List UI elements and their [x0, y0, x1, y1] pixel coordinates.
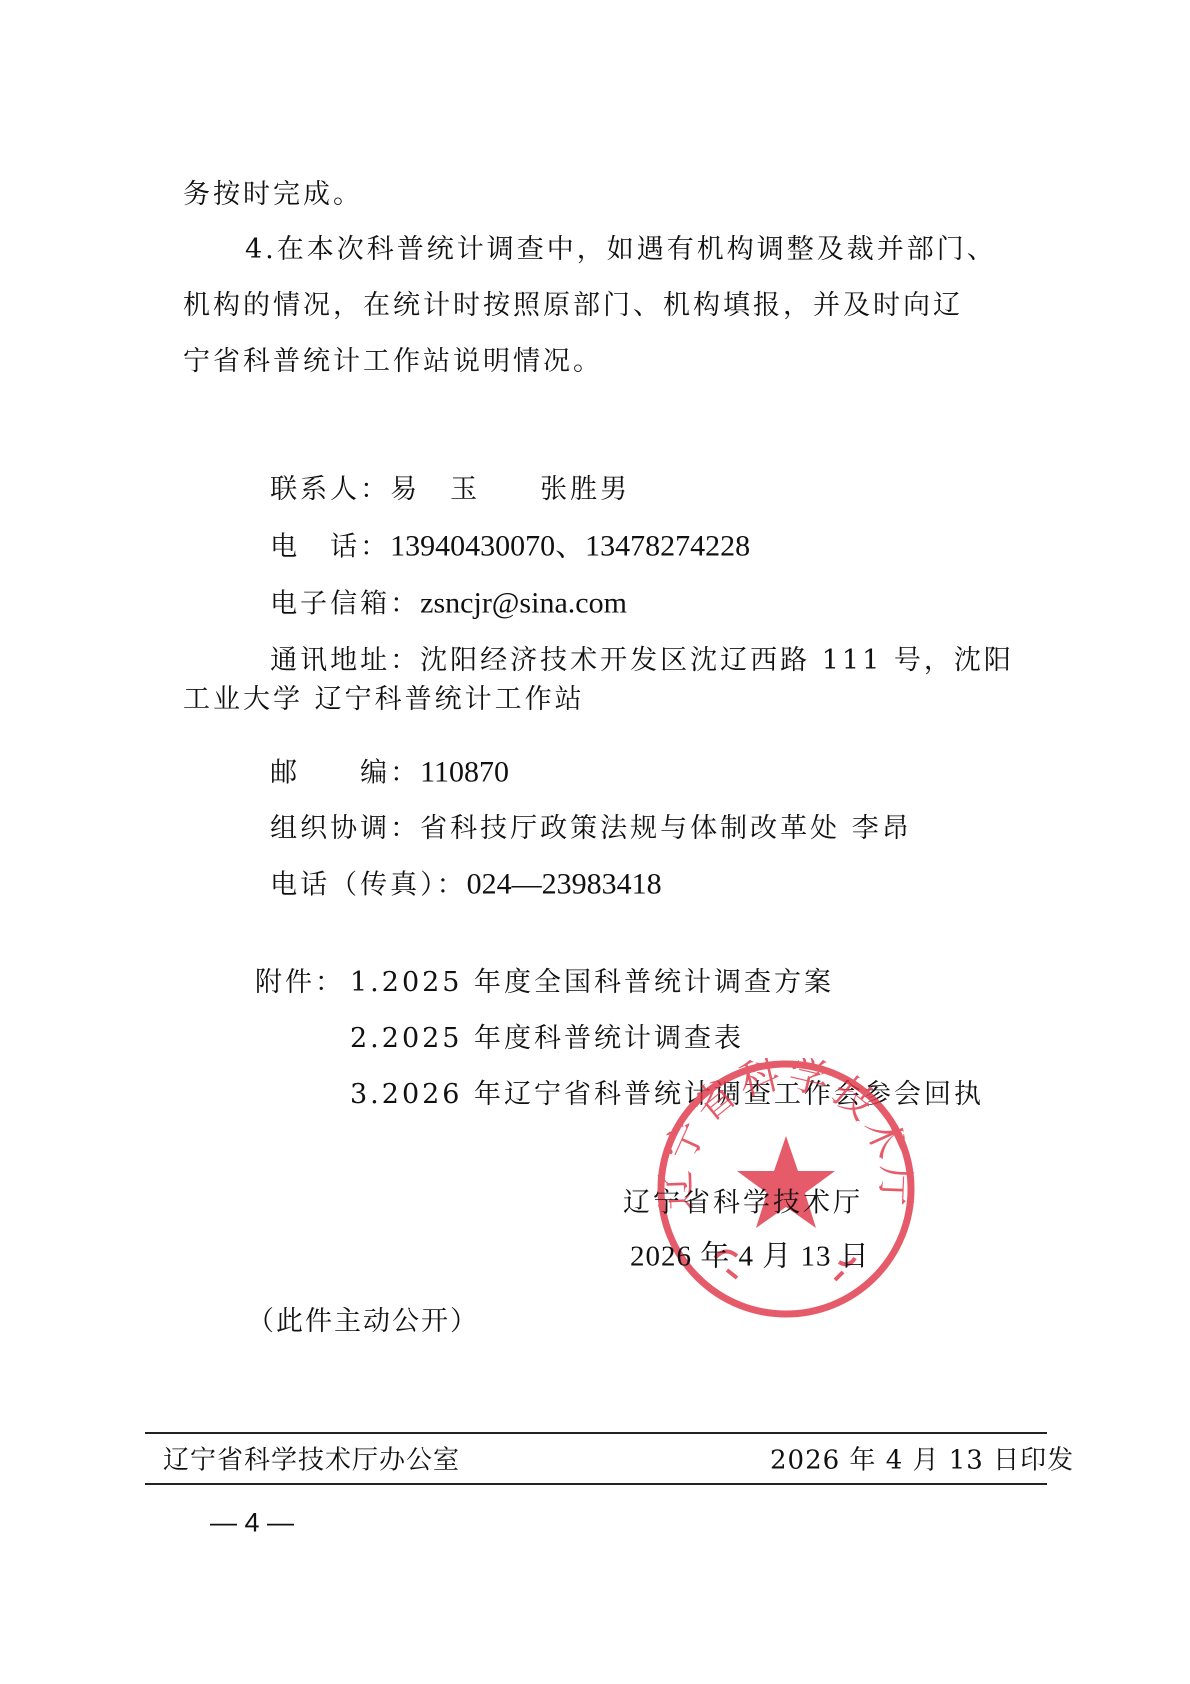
attachment-item-3[interactable]: 3.2026 年辽宁省科普统计调查工作会参会回执	[350, 1078, 984, 1112]
attachment-item-2[interactable]: 2.2025 年度科普统计调查表	[350, 1022, 744, 1056]
footer-office: 辽宁省科学技术厅办公室	[163, 1440, 460, 1477]
address-row: 通讯地址：沈阳经济技术开发区沈辽西路 111 号，沈阳	[247, 610, 1014, 678]
attachment-item-1[interactable]: 1.2025 年度全国科普统计调查方案	[350, 966, 834, 1000]
footer-top-rule	[145, 1432, 1047, 1434]
paragraph-continuation: 务按时完成。	[183, 178, 363, 212]
address-value-line1: 沈阳经济技术开发区沈辽西路 111 号，沈阳	[420, 645, 1014, 676]
footer-print-date: 2026 年 4 月 13 日印发	[770, 1440, 1074, 1477]
fax-label: 电话（传真）：	[270, 870, 467, 901]
issuer-name: 辽宁省科学技术厅	[623, 1181, 863, 1220]
fax-value: 024—23983418	[467, 868, 662, 901]
issue-date: 2026 年 4 月 13 日	[630, 1234, 870, 1275]
page-number: — 4 —	[210, 1508, 294, 1539]
disclosure-note: （此件主动公开）	[247, 1305, 479, 1339]
attachments-label: 附件：	[255, 966, 345, 1000]
fax-row: 电话（传真）：024—23983418	[247, 834, 662, 903]
item4-line1: 4.在本次科普统计调查中，如遇有机构调整及裁并部门、	[245, 233, 997, 267]
footer-bottom-rule	[145, 1483, 1047, 1485]
address-value-line2: 工业大学 辽宁科普统计工作站	[183, 683, 585, 717]
item4-line2: 机构的情况，在统计时按照原部门、机构填报，并及时向辽	[183, 289, 963, 323]
item4-line3: 宁省科普统计工作站说明情况。	[183, 345, 603, 379]
address-label: 通讯地址：	[270, 645, 420, 676]
